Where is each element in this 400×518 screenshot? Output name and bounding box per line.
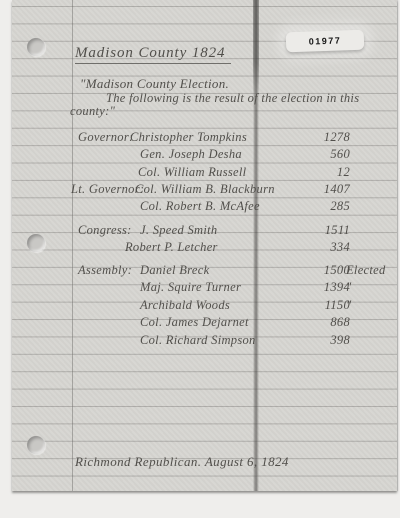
result-note: Elected (346, 262, 398, 279)
vote-count: 12 (295, 164, 350, 181)
result-row: Governor: Christopher Tompkins 1278 (12, 129, 397, 146)
section-governor: Governor: Christopher Tompkins 1278 Gen.… (12, 129, 397, 181)
office-label: Congress: (78, 222, 132, 239)
intro-line-2: county:" (70, 104, 115, 119)
candidate-name: J. Speed Smith (140, 222, 217, 239)
vote-count: 334 (295, 239, 350, 256)
page-title: Madison County 1824 (75, 45, 231, 64)
section-congress: Congress: J. Speed Smith 1511 Robert P. … (12, 222, 397, 257)
candidate-name: Col. James Dejarnet (140, 314, 249, 331)
result-row: Col. William Russell 12 (12, 164, 397, 181)
vote-count: 1278 (295, 129, 350, 146)
vote-count: 560 (295, 146, 350, 163)
handwriting-layer: Madison County 1824 "Madison County Elec… (12, 0, 397, 491)
ditto-mark: " (346, 279, 398, 296)
vote-count: 398 (295, 332, 350, 349)
vote-count: 1150 (295, 297, 350, 314)
ditto-mark: " (346, 297, 398, 314)
vote-count: 1511 (295, 222, 350, 239)
office-label: Assembly: (78, 262, 132, 279)
result-row: Archibald Woods 1150 " (12, 297, 397, 314)
result-row: Congress: J. Speed Smith 1511 (12, 222, 397, 239)
office-label: Lt. Governor: (71, 181, 144, 198)
candidate-name: Christopher Tompkins (130, 129, 247, 146)
notebook-paper: 01977 Madison County 1824 "Madison Count… (12, 0, 397, 491)
result-row: Col. James Dejarnet 868 (12, 314, 397, 331)
result-row: Gen. Joseph Desha 560 (12, 146, 397, 163)
source-citation: Richmond Republican. August 6, 1824 (75, 454, 289, 470)
vote-count: 1394 (295, 279, 350, 296)
vote-count: 1500 (295, 262, 350, 279)
candidate-name: Gen. Joseph Desha (140, 146, 242, 163)
candidate-name: Col. Robert B. McAfee (140, 198, 260, 215)
candidate-name: Archibald Woods (140, 297, 230, 314)
result-row: Col. Robert B. McAfee 285 (12, 198, 397, 215)
result-row: Maj. Squire Turner 1394 " (12, 279, 397, 296)
candidate-name: Col. William Russell (138, 164, 246, 181)
candidate-name: Maj. Squire Turner (140, 279, 241, 296)
section-assembly: Assembly: Daniel Breck 1500 Elected Maj.… (12, 262, 397, 349)
candidate-name: Daniel Breck (140, 262, 209, 279)
office-label: Governor: (78, 129, 133, 146)
candidate-name: Robert P. Letcher (125, 239, 218, 256)
vote-count: 285 (295, 198, 350, 215)
intro-line-1: The following is the result of the elect… (106, 91, 359, 106)
result-row: Col. Richard Simpson 398 (12, 332, 397, 349)
result-row: Robert P. Letcher 334 (12, 239, 397, 256)
result-row: Assembly: Daniel Breck 1500 Elected (12, 262, 397, 279)
vote-count: 1407 (295, 181, 350, 198)
section-lt-governor: Lt. Governor: Col. William B. Blackburn … (12, 181, 397, 216)
result-row: Lt. Governor: Col. William B. Blackburn … (12, 181, 397, 198)
vote-count: 868 (295, 314, 350, 331)
candidate-name: Col. Richard Simpson (140, 332, 256, 349)
article-heading: "Madison County Election. (80, 76, 229, 92)
scanned-document: 01977 Madison County 1824 "Madison Count… (0, 0, 400, 518)
candidate-name: Col. William B. Blackburn (135, 181, 275, 198)
